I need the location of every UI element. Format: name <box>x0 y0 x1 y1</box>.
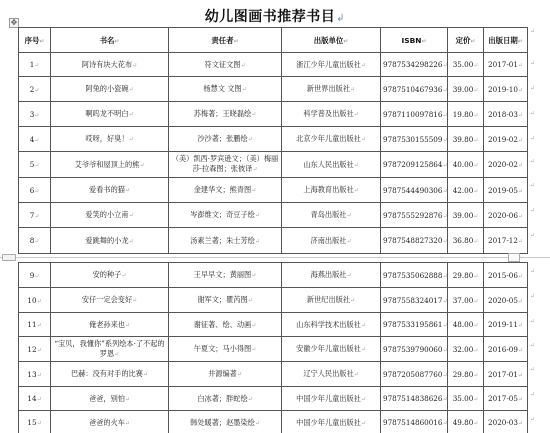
table-row: 1↵ 阿诗有块大花布↵ 符文征文图↵ 浙江少年儿童出版社↵ 9787534298… <box>19 53 528 77</box>
table-row: 11↵ 俺老孙来也↵ 谢征著、绘、动画↵ 山东科学技术出版社↵ 97875331… <box>19 313 528 337</box>
table-row: 6↵ 爱看书的猫↵ 金建华文；熊青图↵ 上海教育出版社↵ 97875444903… <box>19 178 528 203</box>
cell-date[interactable]: 2017-12↵ <box>484 228 528 254</box>
cell-price[interactable]: 35.00↵ <box>448 53 484 77</box>
column-header-no: 序号↵ <box>19 28 51 53</box>
cell-no[interactable]: 3↵ <box>19 102 51 127</box>
cell-publisher[interactable]: 青岛出版社↵ <box>282 203 381 228</box>
cell-no[interactable]: 4↵ <box>19 127 51 152</box>
cell-isbn[interactable]: 9787535062888↵ <box>381 263 448 288</box>
cell-isbn[interactable]: 9787530155509↵ <box>381 127 448 152</box>
cell-price[interactable]: 40.00↵ <box>448 152 484 178</box>
cell-price[interactable]: 19.80↵ <box>448 102 484 127</box>
table-row: 2↵ 阿兔的小瓷碗↵ 杨慧文 文图↵ 新世界出版社↵ 9787510467936… <box>19 77 528 102</box>
row-end-mark-icon: ↵ <box>530 416 535 423</box>
cell-no[interactable]: 13↵ <box>19 362 51 387</box>
row-end-mark-icon: ↵ <box>530 182 535 189</box>
cell-title[interactable]: 爱笑的小立甫↵ <box>51 203 169 228</box>
cell-isbn[interactable]: 9787110097816↵ <box>381 102 448 127</box>
page-break <box>0 253 550 262</box>
cell-author[interactable]: 汤素兰著；朱士芳绘↵ <box>169 228 282 254</box>
cell-title[interactable]: 安仔一定会变好↵ <box>51 288 169 313</box>
cell-publisher[interactable]: 新世纪出版社↵ <box>282 288 381 313</box>
cell-date[interactable]: 2017-01↵ <box>484 362 528 387</box>
row-end-mark-icon: ↵ <box>530 158 535 165</box>
cell-author[interactable]: 岑澎维文；奇豆子绘↵ <box>169 203 282 228</box>
cell-date[interactable]: 2020-02↵ <box>484 152 528 178</box>
cell-isbn[interactable]: 9787534298226↵ <box>381 53 448 77</box>
cell-date[interactable]: 2019-02↵ <box>484 127 528 152</box>
cell-author[interactable]: 谢军文；瞿芮图↵ <box>169 288 282 313</box>
row-end-mark-icon: ↵ <box>530 232 535 239</box>
cell-author[interactable]: 谢征著、绘、动画↵ <box>169 313 282 337</box>
row-end-mark-icon: ↵ <box>530 135 535 142</box>
table-row: 4↵ 哎呀，好臭！↵ 沙沙著；张鹏绘↵ 北京少年儿童出版社↵ 978753015… <box>19 127 528 152</box>
cell-no[interactable]: 1↵ <box>19 53 51 77</box>
cell-title[interactable]: 俺老孙来也↵ <box>51 313 169 337</box>
cell-date[interactable]: 2019-10↵ <box>484 77 528 102</box>
cell-date[interactable]: 2020-03↵ <box>484 411 528 433</box>
cell-title[interactable]: 阿兔的小瓷碗↵ <box>51 77 169 102</box>
table-row: 7↵ 爱笑的小立甫↵ 岑澎维文；奇豆子绘↵ 青岛出版社↵ 97875552928… <box>19 203 528 228</box>
row-end-mark-icon: ↵ <box>530 318 535 325</box>
cell-no[interactable]: 10↵ <box>19 288 51 313</box>
cell-isbn[interactable]: 9787558324017↵ <box>381 288 448 313</box>
column-header-author: 责任者↵ <box>169 28 282 53</box>
cell-isbn[interactable]: 9787514860016↵ <box>381 411 448 433</box>
cell-publisher[interactable]: 上海教育出版社↵ <box>282 178 381 203</box>
cell-price[interactable]: 39.00↵ <box>448 77 484 102</box>
cell-isbn[interactable]: 9787514838626↵ <box>381 387 448 411</box>
cell-author[interactable]: 井源编著↵ <box>169 362 282 387</box>
cell-date[interactable]: 2020-06↵ <box>484 203 528 228</box>
row-end-mark-icon: ↵ <box>530 366 535 373</box>
cell-price[interactable]: 32.00↵ <box>448 337 484 362</box>
table-row: 3↵ 啊呜龙不明白↵ 苏梅著；王晓磊绘↵ 科学普及出版社↵ 9787110097… <box>19 102 528 127</box>
table-row: 13↵ 巴赫：没有对手的比赛↵ 井源编著↵ 辽宁人民出版社↵ 978720508… <box>19 362 528 387</box>
cell-isbn[interactable]: 9787548827320↵ <box>381 228 448 254</box>
column-header-isbn: ISBN↵ <box>381 28 448 53</box>
cell-title[interactable]: 安的种子↵ <box>51 263 169 288</box>
cell-price[interactable]: 48.00↵ <box>448 313 484 337</box>
cell-price[interactable]: 29.80↵ <box>448 263 484 288</box>
row-end-mark-icon: ↵ <box>530 110 535 117</box>
column-header-publisher: 出版单位↵ <box>282 28 381 53</box>
cell-date[interactable]: 2017-01↵ <box>484 53 528 77</box>
cell-no[interactable]: 9↵ <box>19 263 51 288</box>
cell-no[interactable]: 7↵ <box>19 203 51 228</box>
cell-author[interactable]: 韩处暖著；赵墨染绘↵ <box>169 411 282 433</box>
cell-publisher[interactable]: 山东人民出版社↵ <box>282 152 381 178</box>
row-end-mark-icon: ↵ <box>530 28 535 35</box>
table-row: 8↵ 爱跳舞的小龙↵ 汤素兰著；朱士芳绘↵ 济南出版社↵ 97875488273… <box>19 228 528 254</box>
column-header-date: 出版日期↵ <box>484 28 528 53</box>
cell-author[interactable]: 白冰著；胖蛇绘↵ <box>169 387 282 411</box>
page-break-line <box>0 257 550 258</box>
table-resize-handle-icon[interactable] <box>508 253 520 262</box>
cell-title[interactable]: 爸爸，别怕↵ <box>51 387 169 411</box>
cell-isbn[interactable]: 9787510467936↵ <box>381 77 448 102</box>
cell-date[interactable]: 2016-09↵ <box>484 337 528 362</box>
row-end-mark-icon: ↵ <box>530 342 535 349</box>
cell-price[interactable]: 37.00↵ <box>448 288 484 313</box>
cell-price[interactable]: 29.80↵ <box>448 362 484 387</box>
cell-author[interactable]: （美）凯西·罗宾逊文；（美）梅丽莎·拉森图；张彼译↵ <box>169 152 282 178</box>
cell-publisher[interactable]: 新世界出版社↵ <box>282 77 381 102</box>
cell-author[interactable]: 沙沙著；张鹏绘↵ <box>169 127 282 152</box>
table-row: 9↵ 安的种子↵ 王早早文；黄丽图↵ 海燕出版社↵ 9787535062888↵… <box>19 263 528 288</box>
book-table-page-1: 序号↵ 书名↵ 责任者↵ 出版单位↵ ISBN↵ 定价↵ 出版日期↵ 1↵ 阿诗… <box>18 27 528 254</box>
cell-price[interactable]: 39.80↵ <box>448 127 484 152</box>
cell-isbn[interactable]: 9787209125864↵ <box>381 152 448 178</box>
document-title: 幼儿图画书推荐书目↲ <box>0 6 550 26</box>
table-header-row: 序号↵ 书名↵ 责任者↵ 出版单位↵ ISBN↵ 定价↵ 出版日期↵ <box>19 28 528 53</box>
cell-no[interactable]: 8↵ <box>19 228 51 254</box>
title-text: 幼儿图画书推荐书目 <box>205 9 336 25</box>
cell-title[interactable]: 啊呜龙不明白↵ <box>51 102 169 127</box>
cell-publisher[interactable]: 中国少年儿童出版社↵ <box>282 411 381 433</box>
cell-title[interactable]: 巴赫：没有对手的比赛↵ <box>51 362 169 387</box>
cell-author[interactable]: 符文征文图↵ <box>169 53 282 77</box>
row-end-marks: ↵ ↵ ↵ ↵ ↵ ↵ ↵ ↵ ↵ ↵ ↵ ↵ ↵ ↵ ↵ ↵ <box>530 0 540 433</box>
cell-date[interactable]: 2018-03↵ <box>484 102 528 127</box>
cell-isbn[interactable]: 9787533195861↵ <box>381 313 448 337</box>
cell-price[interactable]: 39.00↵ <box>448 203 484 228</box>
row-end-mark-icon: ↵ <box>530 207 535 214</box>
cell-author[interactable]: 午夏文；马小得图↵ <box>169 337 282 362</box>
cell-title[interactable]: 爱跳舞的小龙↵ <box>51 228 169 254</box>
cell-isbn[interactable]: 9787555292876↵ <box>381 203 448 228</box>
cell-title[interactable]: 爱看书的猫↵ <box>51 178 169 203</box>
row-end-mark-icon: ↵ <box>530 268 535 275</box>
cell-no[interactable]: 14↵ <box>19 387 51 411</box>
cell-publisher[interactable]: 中国少年儿童出版社↵ <box>282 387 381 411</box>
cell-publisher[interactable]: 科学普及出版社↵ <box>282 102 381 127</box>
cell-price[interactable]: 35.00↵ <box>448 387 484 411</box>
cell-isbn[interactable]: 9787205087760↵ <box>381 362 448 387</box>
cell-date[interactable]: 2019-11↵ <box>484 313 528 337</box>
cell-isbn[interactable]: 9787544490306↵ <box>381 178 448 203</box>
cell-no[interactable]: 15↵ <box>19 411 51 433</box>
cell-isbn[interactable]: 9787539790060↵ <box>381 337 448 362</box>
row-end-mark-icon: ↵ <box>530 293 535 300</box>
cell-author[interactable]: 王早早文；黄丽图↵ <box>169 263 282 288</box>
table-row: 14↵ 爸爸，别怕↵ 白冰著；胖蛇绘↵ 中国少年儿童出版社↵ 978751483… <box>19 387 528 411</box>
cell-publisher[interactable]: 海燕出版社↵ <box>282 263 381 288</box>
cell-author[interactable]: 金建华文；熊青图↵ <box>169 178 282 203</box>
row-end-mark-icon: ↵ <box>530 85 535 92</box>
cell-title[interactable]: 阿诗有块大花布↵ <box>51 53 169 77</box>
table-row: 12↵ “宝贝，我懂你”系列绘本·了不起的罗恩↵ 午夏文；马小得图↵ 安徽少年儿… <box>19 337 528 362</box>
cell-date[interactable]: 2015-06↵ <box>484 263 528 288</box>
cell-publisher[interactable]: 北京少年儿童出版社↵ <box>282 127 381 152</box>
page-gap-toggle-icon[interactable] <box>2 254 16 261</box>
cell-no[interactable]: 11↵ <box>19 313 51 337</box>
paragraph-mark-icon: ↲ <box>336 13 345 24</box>
cell-no[interactable]: 5↵ <box>19 152 51 178</box>
cell-publisher[interactable]: 安徽少年儿童出版社↵ <box>282 337 381 362</box>
cell-price[interactable]: 36.80↵ <box>448 228 484 254</box>
table-row: 5↵ 艾爷爷和屋顶上的熊↵ （美）凯西·罗宾逊文；（美）梅丽莎·拉森图；张彼译↵… <box>19 152 528 178</box>
cell-price[interactable]: 49.80↵ <box>448 411 484 433</box>
cell-publisher[interactable]: 山东科学技术出版社↵ <box>282 313 381 337</box>
cell-publisher[interactable]: 济南出版社↵ <box>282 228 381 254</box>
cell-no[interactable]: 12↵ <box>19 337 51 362</box>
cell-title[interactable]: “宝贝，我懂你”系列绘本·了不起的罗恩↵ <box>51 337 169 362</box>
cell-title[interactable]: 艾爷爷和屋顶上的熊↵ <box>51 152 169 178</box>
column-header-title: 书名↵ <box>51 28 169 53</box>
cell-publisher[interactable]: 浙江少年儿童出版社↵ <box>282 53 381 77</box>
table-row: 10↵ 安仔一定会变好↵ 谢军文；瞿芮图↵ 新世纪出版社↵ 9787558324… <box>19 288 528 313</box>
book-table-page-2: 9↵ 安的种子↵ 王早早文；黄丽图↵ 海燕出版社↵ 9787535062888↵… <box>18 262 528 433</box>
cell-title[interactable]: 哎呀，好臭！↵ <box>51 127 169 152</box>
cell-author[interactable]: 杨慧文 文图↵ <box>169 77 282 102</box>
cell-author[interactable]: 苏梅著；王晓磊绘↵ <box>169 102 282 127</box>
cell-price[interactable]: 42.00↵ <box>448 178 484 203</box>
row-end-mark-icon: ↵ <box>530 391 535 398</box>
cell-no[interactable]: 2↵ <box>19 77 51 102</box>
cell-title[interactable]: 爸爸的火车↵ <box>51 411 169 433</box>
row-end-mark-icon: ↵ <box>530 60 535 67</box>
cell-no[interactable]: 6↵ <box>19 178 51 203</box>
cell-date[interactable]: 2019-05↵ <box>484 178 528 203</box>
cell-date[interactable]: 2017-05↵ <box>484 387 528 411</box>
column-header-price: 定价↵ <box>448 28 484 53</box>
cell-date[interactable]: 2020-05↵ <box>484 288 528 313</box>
table-row: 15↵ 爸爸的火车↵ 韩处暖著；赵墨染绘↵ 中国少年儿童出版社↵ 9787514… <box>19 411 528 433</box>
cell-publisher[interactable]: 辽宁人民出版社↵ <box>282 362 381 387</box>
